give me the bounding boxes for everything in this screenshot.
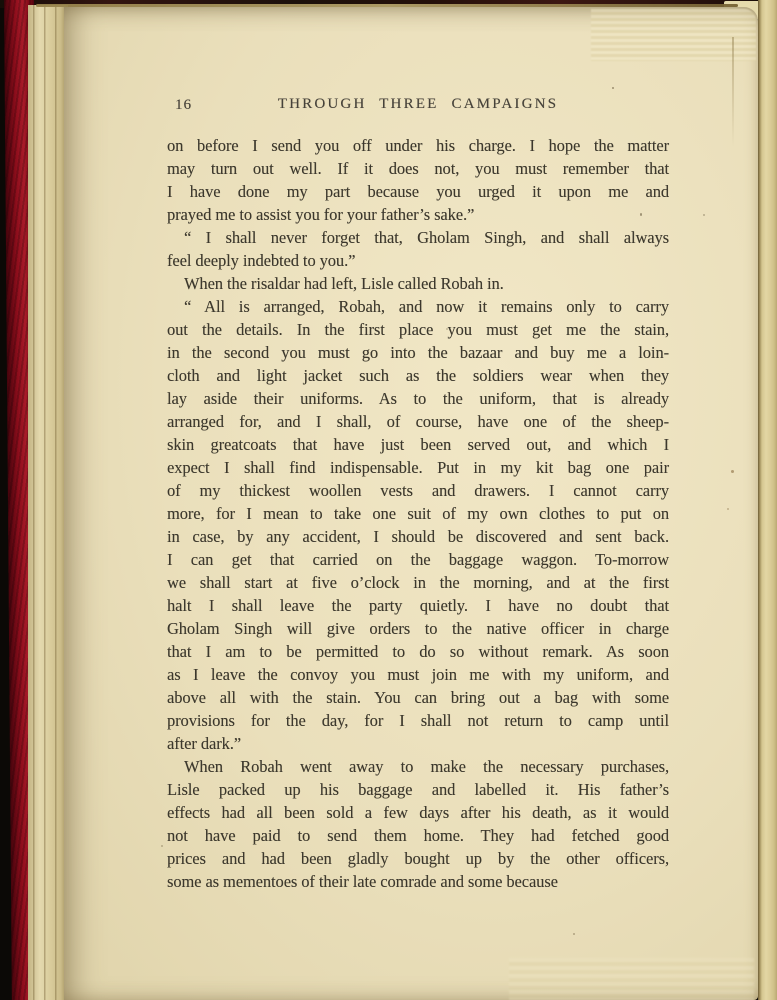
text-line: some as mementoes of their late comrade … <box>167 870 669 893</box>
text-block: on before I send you off under his charg… <box>167 134 669 893</box>
text-line: I can get that carried on the baggage wa… <box>167 548 669 571</box>
next-page-edge <box>758 0 777 1000</box>
page-crease <box>732 37 734 147</box>
text-line: arranged for, and I shall, of course, ha… <box>167 410 669 433</box>
text-line: “ I shall never forget that, Gholam Sing… <box>167 226 669 249</box>
text-line: prices and had been gladly bought up by … <box>167 847 669 870</box>
text-line: Lisle packed up his baggage and labelled… <box>167 778 669 801</box>
text-line: in case, by any accident, I should be di… <box>167 525 669 548</box>
text-line: in the second you must go into the bazaa… <box>167 341 669 364</box>
paper-speck <box>161 845 163 847</box>
text-line: may turn out well. If it does not, you m… <box>167 157 669 180</box>
text-line: expect I shall find indispensable. Put i… <box>167 456 669 479</box>
paper-speck <box>727 508 729 510</box>
paper-speck <box>731 470 734 473</box>
book-page: 16 THROUGH THREE CAMPAIGNS on before I s… <box>64 7 758 1000</box>
text-line: after dark.” <box>167 732 669 755</box>
paragraph: “ All is arranged, Robah, and now it rem… <box>167 295 669 755</box>
paper-speck <box>573 933 575 935</box>
text-line: more, for I mean to take one suit of my … <box>167 502 669 525</box>
text-line: I have done my part because you urged it… <box>167 180 669 203</box>
text-line: provisions for the day, for I shall not … <box>167 709 669 732</box>
running-title: THROUGH THREE CAMPAIGNS <box>167 96 669 113</box>
text-line: out the details. In the first place you … <box>167 318 669 341</box>
paragraph: “ I shall never forget that, Gholam Sing… <box>167 226 669 272</box>
text-line: skin greatcoats that have just been serv… <box>167 433 669 456</box>
paper-speck <box>612 87 614 89</box>
page-header: 16 THROUGH THREE CAMPAIGNS <box>167 96 669 116</box>
fore-edge-streaks-bottom <box>509 958 754 1000</box>
text-line: as I leave the convoy you must join me w… <box>167 663 669 686</box>
text-line: that I am to be permitted to do so witho… <box>167 640 669 663</box>
text-line: effects had all been sold a few days aft… <box>167 801 669 824</box>
text-line: lay aside their uniforms. As to the unif… <box>167 387 669 410</box>
paragraph: When Robah went away to make the necessa… <box>167 755 669 893</box>
text-line: of my thickest woollen vests and drawers… <box>167 479 669 502</box>
paper-speck <box>703 214 705 216</box>
text-line: above all with the stain. You can bring … <box>167 686 669 709</box>
text-line: cloth and light jacket such as the soldi… <box>167 364 669 387</box>
text-line: not have paid to send them home. They ha… <box>167 824 669 847</box>
text-line: we shall start at five o’clock in the mo… <box>167 571 669 594</box>
text-line: feel deeply indebted to you.” <box>167 249 669 272</box>
paragraph: When the risaldar had left, Lisle called… <box>167 272 669 295</box>
text-line: Gholam Singh will give orders to the nat… <box>167 617 669 640</box>
text-line: on before I send you off under his charg… <box>167 134 669 157</box>
page-number: 16 <box>175 97 192 114</box>
page-edge-stack <box>28 5 68 1000</box>
text-line: When the risaldar had left, Lisle called… <box>167 272 669 295</box>
text-line: prayed me to assist you for your father’… <box>167 203 669 226</box>
text-line: “ All is arranged, Robah, and now it rem… <box>167 295 669 318</box>
paragraph: on before I send you off under his charg… <box>167 134 669 226</box>
text-line: halt I shall leave the party quietly. I … <box>167 594 669 617</box>
page-content: 16 THROUGH THREE CAMPAIGNS on before I s… <box>167 96 669 893</box>
book-scan: 16 THROUGH THREE CAMPAIGNS on before I s… <box>0 0 777 1000</box>
text-line: When Robah went away to make the necessa… <box>167 755 669 778</box>
